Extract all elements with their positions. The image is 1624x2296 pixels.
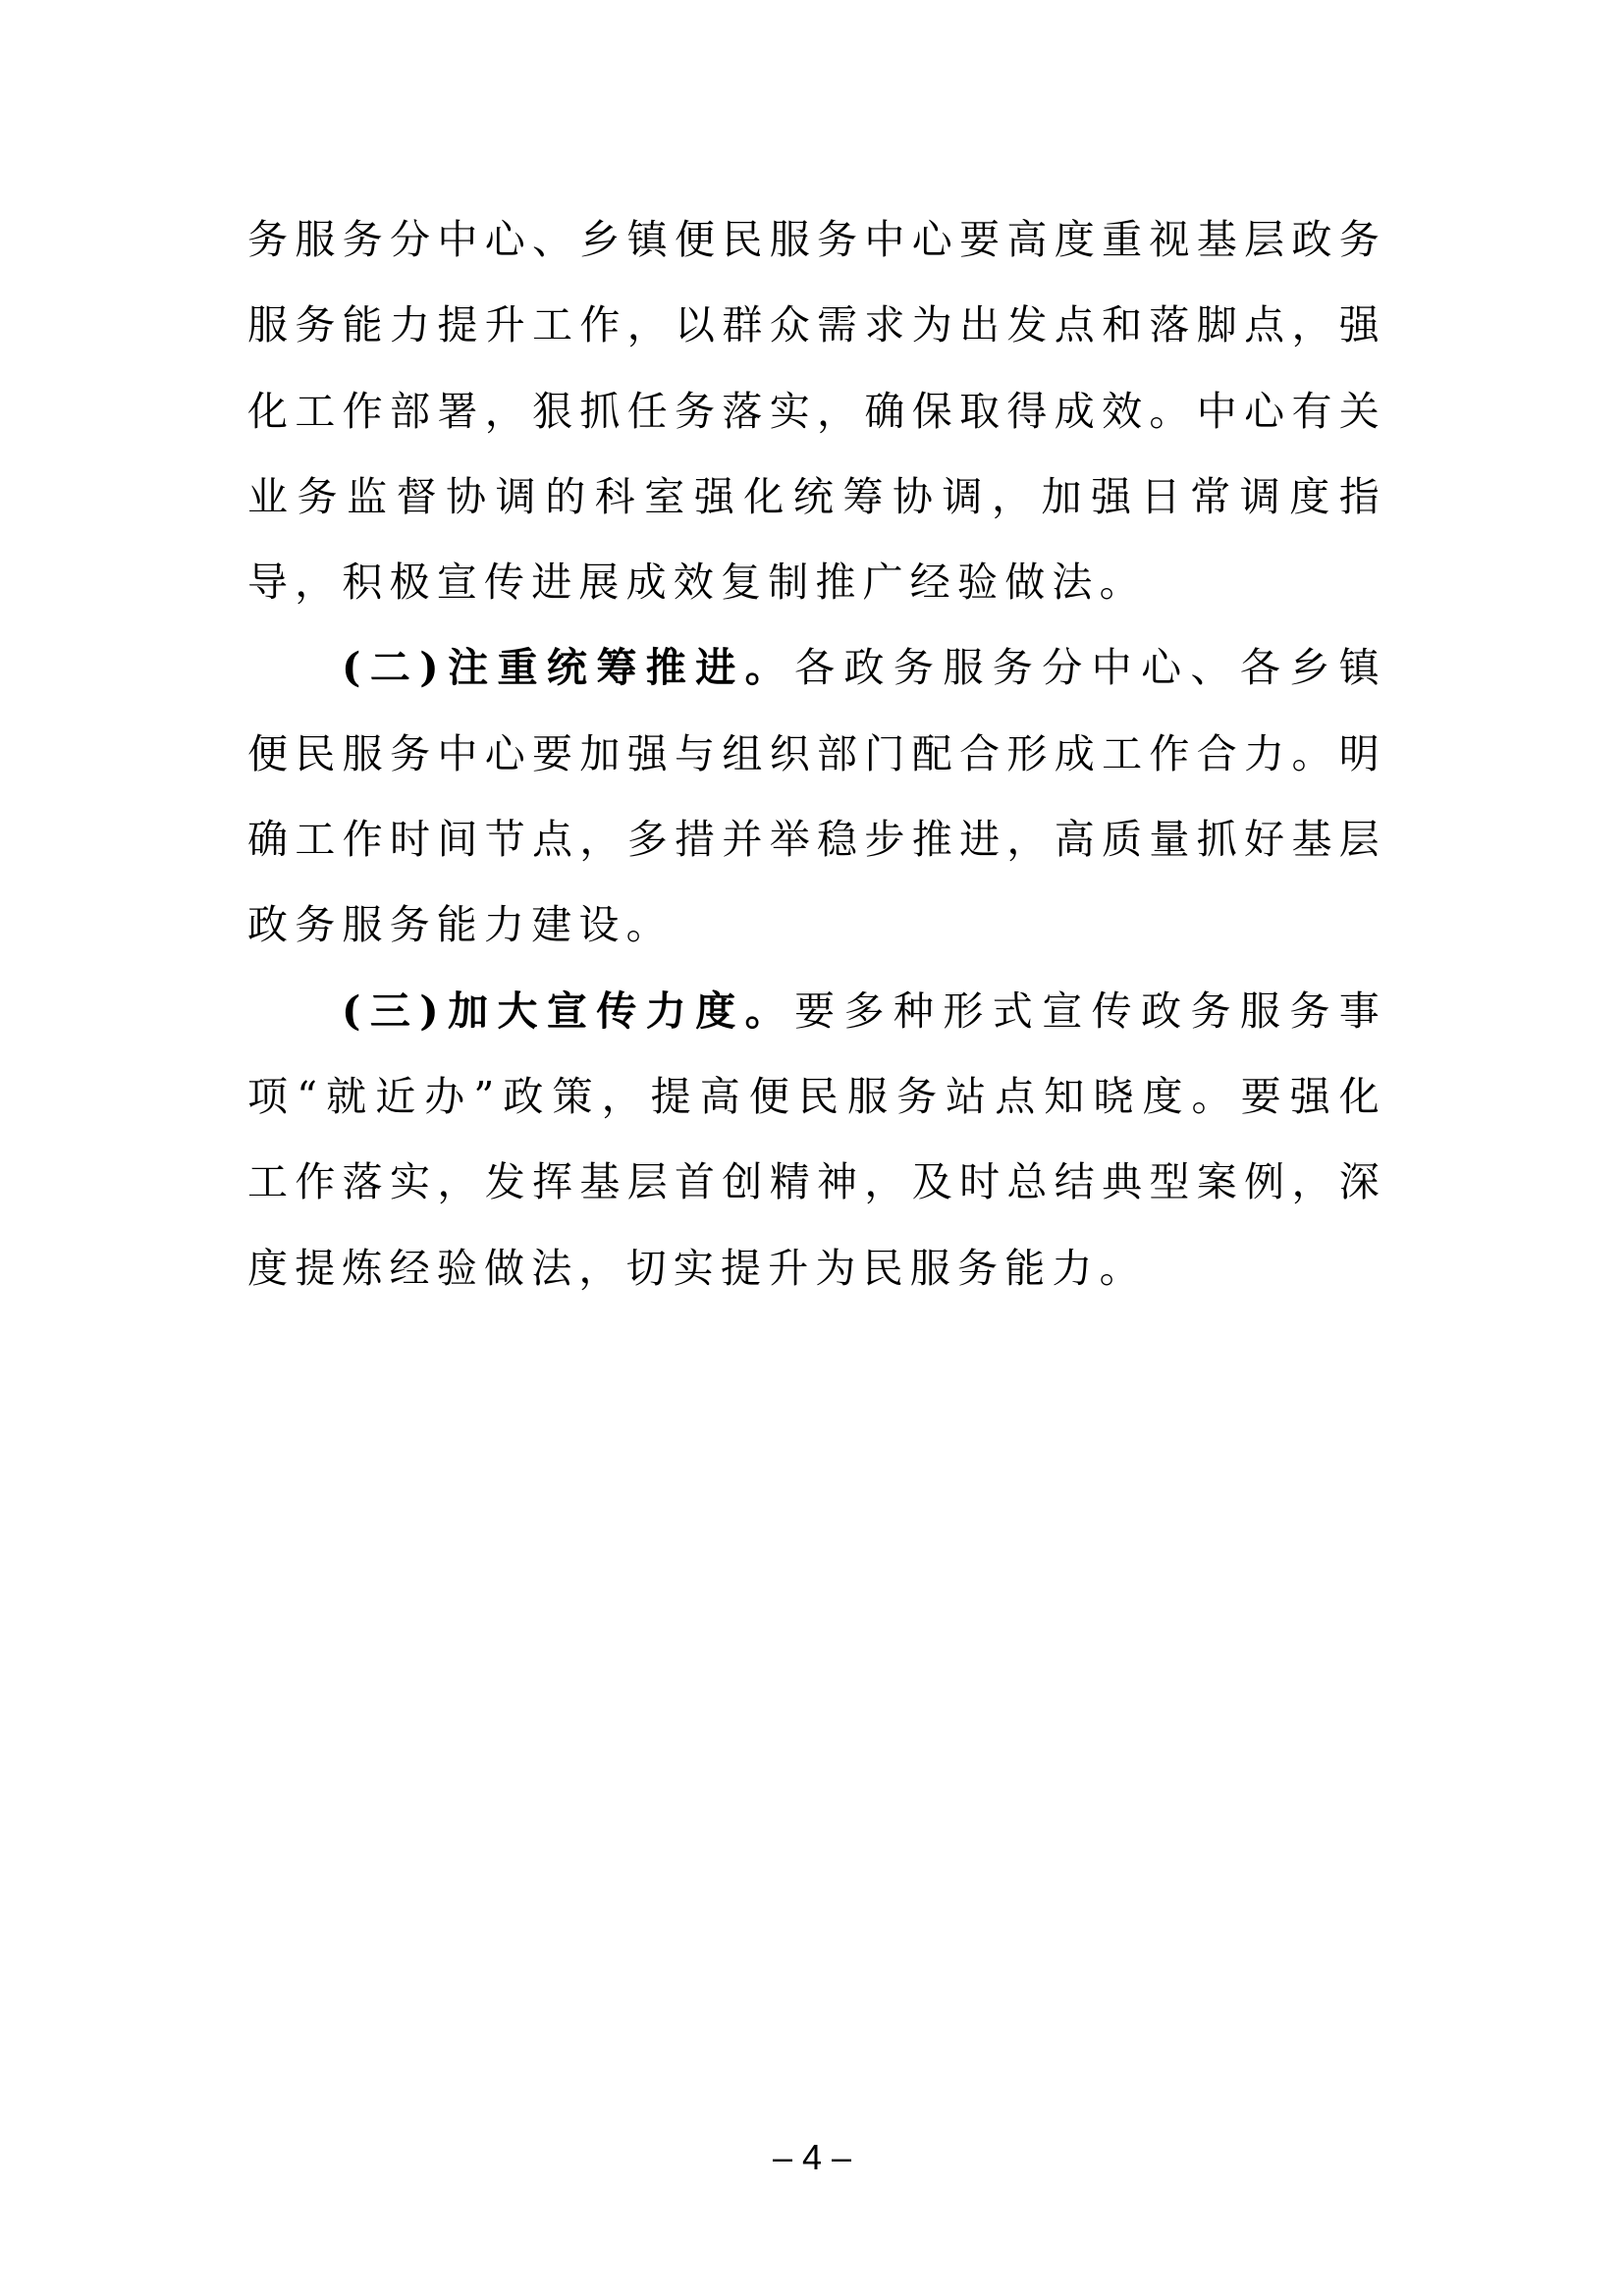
paragraph-section-3: (三)加大宣传力度。要多种形式宣传政务服务事项“就近办”政策，提高便民服务站点知… (247, 969, 1386, 1311)
body-text: 务服务分中心、乡镇便民服务中心要高度重视基层政务服务能力提升工作，以群众需求为出… (247, 197, 1386, 1311)
paragraph-section-2: (二)注重统筹推进。各政务服务分中心、各乡镇便民服务中心要加强与组织部门配合形成… (247, 625, 1386, 968)
document-page: 务服务分中心、乡镇便民服务中心要高度重视基层政务服务能力提升工作，以群众需求为出… (0, 0, 1624, 2296)
page-number: – 4 – (0, 2136, 1624, 2179)
section-heading: (二)注重统筹推进。 (342, 644, 794, 691)
section-heading: (三)加大宣传力度。 (342, 988, 794, 1035)
paragraph-continuation: 务服务分中心、乡镇便民服务中心要高度重视基层政务服务能力提升工作，以群众需求为出… (247, 197, 1386, 625)
paragraph-text: 务服务分中心、乡镇便民服务中心要高度重视基层政务服务能力提升工作，以群众需求为出… (247, 216, 1386, 606)
